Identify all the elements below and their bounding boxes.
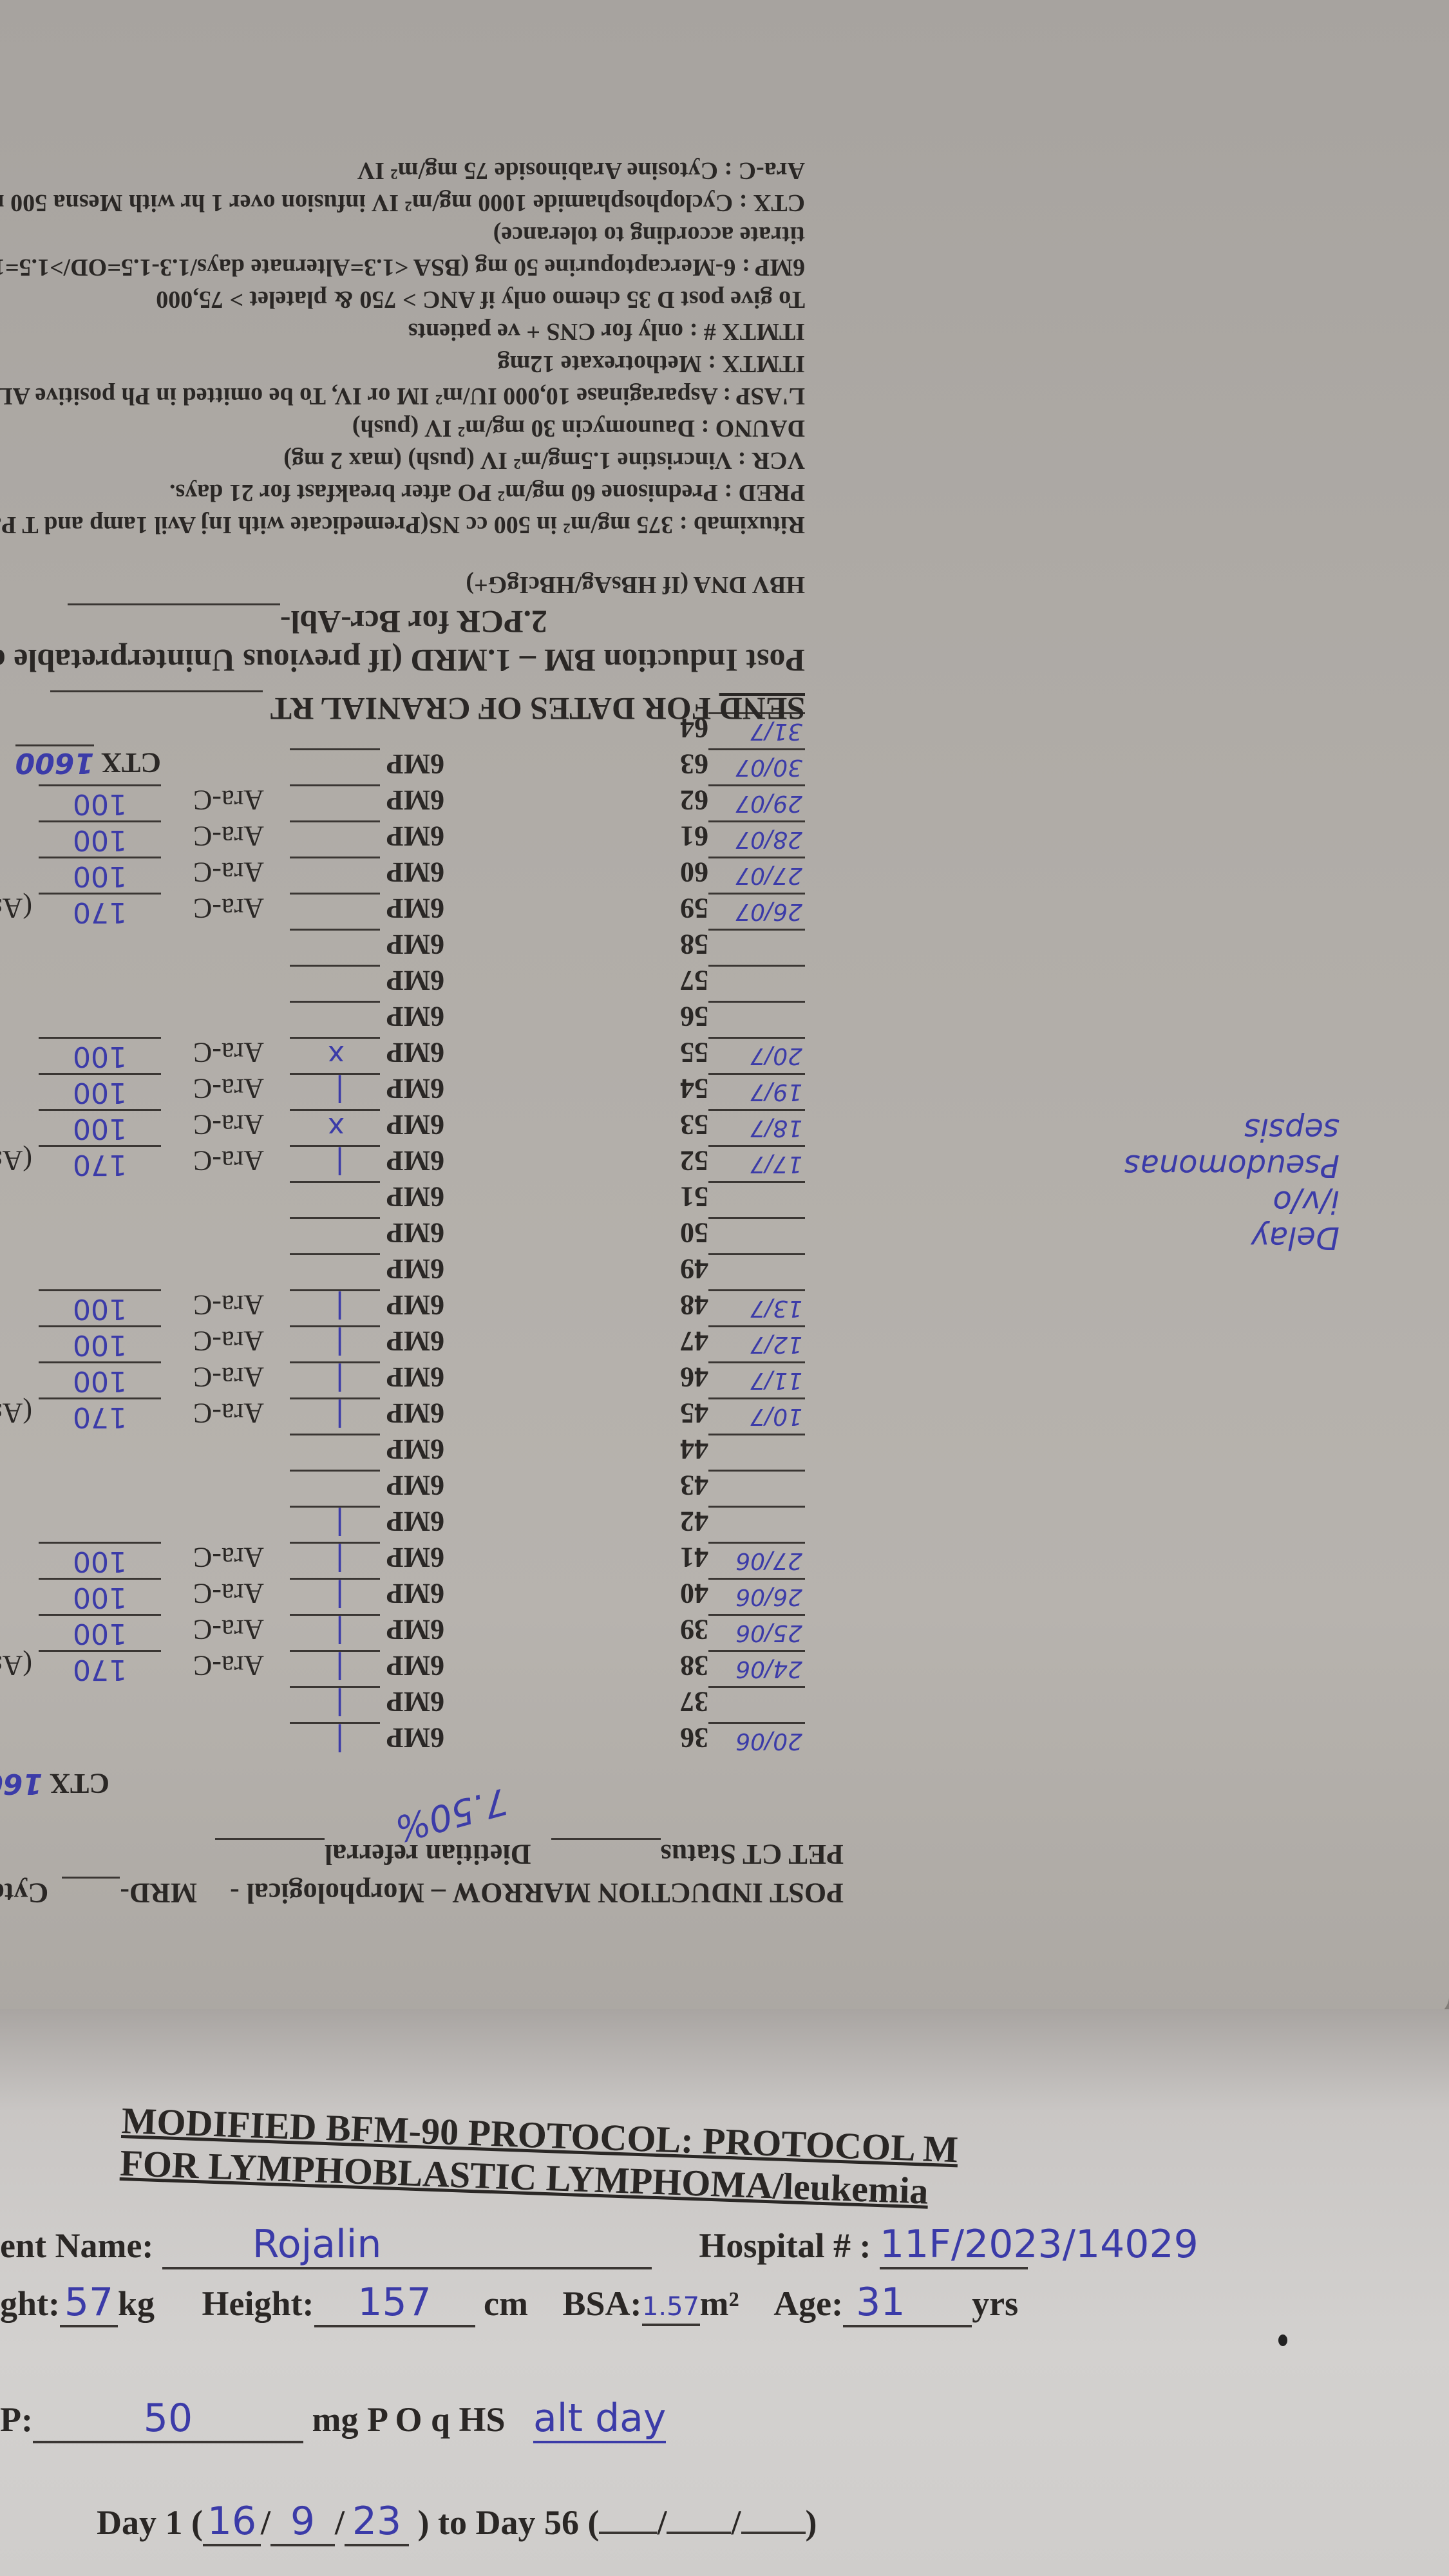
date-cell[interactable] xyxy=(708,1253,805,1289)
legend-line: ITMTX # : only for CNS + ve patients xyxy=(0,316,805,348)
6mp-check-cell[interactable]: | xyxy=(290,1506,380,1542)
date-cell[interactable] xyxy=(708,929,805,965)
date-cell[interactable] xyxy=(708,1181,805,1217)
ara-c-dose[interactable]: 100 xyxy=(39,1361,161,1397)
ara-c-dose[interactable]: 100 xyxy=(39,1289,161,1325)
6mp-check-cell[interactable]: | xyxy=(290,1578,380,1614)
6mp-check-cell[interactable]: | xyxy=(290,1325,380,1361)
day-number: 62 xyxy=(680,784,708,817)
height-value: 157 xyxy=(357,2280,431,2325)
patient-name-value: Rojalin xyxy=(252,2222,382,2267)
day-number: 61 xyxy=(680,820,708,853)
table-row: 12/7 476MP |Ara-C 100 xyxy=(0,1325,805,1361)
pet-ct-line: PET CT Status Dietitian referral xyxy=(215,1838,844,1871)
6mp-check-cell[interactable]: | xyxy=(290,1361,380,1397)
date-cell[interactable] xyxy=(708,1686,805,1722)
date-value: 12/7 xyxy=(750,1331,802,1358)
6mp-mark: | xyxy=(335,1508,345,1540)
ara-c-label: Ara-C xyxy=(193,1613,264,1646)
bsa-value: 1.57 xyxy=(642,2292,699,2322)
6mp-check-cell[interactable] xyxy=(290,1001,380,1037)
pcr-text: 2.PCR for Bcr-Abl- xyxy=(280,604,547,640)
height-field[interactable]: 157 xyxy=(314,2280,475,2327)
day56-close: ) xyxy=(806,2503,817,2542)
delay-note-line: Delay xyxy=(1124,1220,1340,1256)
day-number: 39 xyxy=(680,1613,708,1646)
age-unit: yrs xyxy=(972,2284,1018,2323)
date-value: 29/07 xyxy=(735,790,802,817)
dietitian-label: Dietitian referral xyxy=(325,1839,531,1870)
age-label: Age: xyxy=(773,2284,843,2323)
legend-line: 6MP : 6-Mercaptopurine 50 mg (BSA <1.3=A… xyxy=(0,251,805,283)
date-value: 30/07 xyxy=(735,754,802,781)
6mp-mark: | xyxy=(335,1147,345,1180)
ara-c-label: Ara-C xyxy=(193,820,264,853)
weight-unit: kg xyxy=(118,2284,155,2323)
day1-yy-field[interactable]: 23 xyxy=(345,2499,409,2546)
patient-name-field[interactable]: Rojalin xyxy=(162,2222,652,2269)
6mp-unit: mg P O q HS xyxy=(312,2400,505,2439)
day-number: 56 xyxy=(680,1000,708,1033)
date-cell[interactable]: 18/7 xyxy=(708,1109,805,1145)
date-cell[interactable]: 27/07 xyxy=(708,857,805,893)
date-value: 26/06 xyxy=(735,1584,802,1610)
bsa-label: BSA: xyxy=(562,2284,641,2323)
day56-mm-field[interactable] xyxy=(667,2532,731,2534)
6mp-label: 6MP xyxy=(386,748,444,781)
delay-note-line: i/v/o xyxy=(1124,1184,1340,1220)
6mp-check-cell[interactable]: | xyxy=(290,1289,380,1325)
date-cell[interactable]: 13/7 xyxy=(708,1289,805,1325)
mrd-label: MRD- xyxy=(120,1877,197,1909)
day-number: 37 xyxy=(680,1685,708,1718)
date-value: 19/7 xyxy=(750,1079,802,1105)
ara-c-label: Ara-C xyxy=(193,1577,264,1610)
day-number: 52 xyxy=(680,1144,708,1177)
6mp-mark: x xyxy=(328,1111,345,1144)
bsa-field[interactable]: 1.57 xyxy=(642,2284,700,2326)
table-row: 10/7 456MP |Ara-C 170(Ask for neuropathy… xyxy=(0,1397,805,1434)
ara-c-dose[interactable]: 100 xyxy=(39,1073,161,1109)
day-number: 59 xyxy=(680,892,708,925)
ara-c-dose[interactable]: 100 xyxy=(39,1325,161,1361)
6mp-check-cell[interactable] xyxy=(290,1434,380,1470)
ara-c-dose[interactable]: 100 xyxy=(39,820,161,857)
delay-note: Delayi/v/oPseudomonassepsis xyxy=(1124,1112,1340,1256)
ara-c-label: Ara-C xyxy=(193,784,264,817)
6mp-check-cell[interactable] xyxy=(290,929,380,965)
table-row: 28/07 616MP Ara-C 100 xyxy=(0,820,805,857)
table-row: 27/07 606MP Ara-C 100 xyxy=(0,857,805,893)
6mp-label: 6MP xyxy=(386,1649,444,1682)
post-induction-marrow-line: POST INDUCTION MARROW – Morphological - … xyxy=(0,1877,844,1909)
date-cell[interactable]: 10/7 xyxy=(708,1397,805,1434)
mrd-blank xyxy=(62,1877,120,1879)
6mp-label: 6MP xyxy=(386,1397,444,1430)
6mp-label: 6MP xyxy=(386,1685,444,1718)
day-number: 60 xyxy=(680,856,708,889)
date-cell[interactable]: 20/7 xyxy=(708,1037,805,1073)
ara-c-dose[interactable]: 100 xyxy=(39,1037,161,1073)
date-cell[interactable]: 28/07 xyxy=(708,820,805,857)
6mp-check-cell[interactable] xyxy=(290,1217,380,1253)
date-cell[interactable] xyxy=(708,965,805,1001)
neuropathy-note: (Ask for neuropathy) xyxy=(0,1649,32,1682)
date-value: 11/7 xyxy=(750,1367,802,1394)
legend-line: Rituximab : 375 mg/m² in 500 cc NS(Preme… xyxy=(0,509,805,541)
6mp-check-cell[interactable] xyxy=(290,1470,380,1506)
ara-c-dose[interactable]: 100 xyxy=(39,1109,161,1145)
ara-c-dose[interactable]: 100 xyxy=(39,857,161,893)
bsa-unit: m² xyxy=(700,2284,739,2323)
date-cell[interactable]: 29/07 xyxy=(708,784,805,820)
hospital-field[interactable]: 11F/2023/14029 xyxy=(880,2222,1028,2269)
6mp-check-cell[interactable] xyxy=(290,965,380,1001)
hbv-dna: HBV DNA (If HBsAg/HBcIgG+) xyxy=(466,571,805,599)
6mp-frequency-note: alt day xyxy=(533,2396,666,2443)
6mp-label: 6MP xyxy=(386,892,444,925)
6mp-label: 6MP xyxy=(386,928,444,961)
ara-c-label: Ara-C xyxy=(193,1649,264,1682)
6mp-label: 6MP xyxy=(386,1253,444,1285)
send-label: SEND xyxy=(719,691,805,727)
date-value: 20/7 xyxy=(750,1043,802,1069)
legend-line: DAUNO : Daunomycin 30 mg/m² IV (push) xyxy=(0,412,805,444)
day-range-row: Day 1 (16/9/23 ) to Day 56 (//) xyxy=(97,2499,817,2546)
legend-line: VCR : Vincristine 1.5mg/m² IV (push) (ma… xyxy=(0,444,805,477)
6mp-label: 6MP xyxy=(386,856,444,889)
pet-ct-label: PET CT Status xyxy=(661,1839,844,1870)
6mp-check-cell[interactable] xyxy=(290,857,380,893)
table-row: 426MP | xyxy=(0,1506,805,1542)
6mp-check-cell[interactable] xyxy=(290,893,380,929)
6mp-check-cell[interactable] xyxy=(290,784,380,820)
cytogenetic-label: Cytogenetic- xyxy=(0,1877,48,1909)
day1-label: Day 1 ( xyxy=(97,2503,203,2542)
day-number: 38 xyxy=(680,1649,708,1682)
ara-c-dose[interactable]: 170 xyxy=(39,893,161,929)
legend-line: ITMTX : Methotrexate 12mg xyxy=(0,348,805,380)
day-number: 48 xyxy=(680,1289,708,1321)
day-number: 57 xyxy=(680,964,708,997)
age-field[interactable]: 31 xyxy=(843,2280,972,2327)
table-row: 13/7 486MP |Ara-C 100 xyxy=(0,1289,805,1325)
table-row: 24/06 386MP |Ara-C 170(Ask for neuropath… xyxy=(0,1650,805,1686)
date-cell[interactable]: 20/06 xyxy=(708,1722,805,1758)
date-value: 27/07 xyxy=(735,862,802,889)
date-cell[interactable]: 11/7 xyxy=(708,1361,805,1397)
ctx-label: CTX xyxy=(50,1768,109,1799)
patient-name-row: ent Name: Rojalin Hospital # : 11F/2023/… xyxy=(0,2222,1028,2269)
day-schedule: 20/06 366MP | 376MP |24/06 386MP |Ara-C … xyxy=(0,712,805,1758)
6mp-mark: | xyxy=(335,1688,345,1721)
neuropathy-note: (Ask for neuropathy) xyxy=(0,1397,32,1430)
legend-line: PRED : Prednisone 60 mg/m² PO after brea… xyxy=(0,477,805,509)
date-cell[interactable]: 24/06 xyxy=(708,1650,805,1686)
day1-yy: 23 xyxy=(352,2499,401,2544)
neuropathy-note: (Ask for neuropathy) xyxy=(0,892,32,925)
vitals-row: ght:57kg Height:157 cm BSA:1.57m² Age:31… xyxy=(0,2280,1018,2327)
day56-label: ) to Day 56 ( xyxy=(418,2503,600,2542)
6mp-mark: x xyxy=(328,1039,345,1072)
date-value: 10/7 xyxy=(750,1403,802,1430)
table-row: 18/7 536MP xAra-C 100 xyxy=(0,1109,805,1145)
6mp-mark: | xyxy=(335,1616,345,1649)
date-cell[interactable]: 19/7 xyxy=(708,1073,805,1109)
table-row: 376MP | xyxy=(0,1686,805,1722)
table-row: 20/7 556MP xAra-C 100 xyxy=(0,1037,805,1073)
day-number: 45 xyxy=(680,1397,708,1430)
6mp-label: P: xyxy=(0,2400,33,2439)
day1-mm-field[interactable]: 9 xyxy=(270,2499,335,2546)
6mp-label: 6MP xyxy=(386,1180,444,1213)
ara-c-dose[interactable]: 170 xyxy=(39,1145,161,1181)
day-number: 49 xyxy=(680,1253,708,1285)
pet-ct-blank xyxy=(551,1838,661,1840)
table-row: 27/06 416MP |Ara-C 100 xyxy=(0,1542,805,1578)
date-cell[interactable]: 25/06 xyxy=(708,1614,805,1650)
6mp-label: 6MP xyxy=(386,1577,444,1610)
6mp-label: 6MP xyxy=(386,1433,444,1466)
legend-line: Ara-C : Cytosine Arabinoside 75 mg/m² IV xyxy=(0,155,805,187)
table-row: 29/07 626MP Ara-C 100 xyxy=(0,784,805,820)
6mp-label: 6MP xyxy=(386,1036,444,1069)
height-unit: cm xyxy=(484,2284,528,2323)
6mp-mark: | xyxy=(335,1327,345,1360)
day-number: 36 xyxy=(680,1721,708,1754)
6mp-label: 6MP xyxy=(386,784,444,817)
6mp-label: 6MP xyxy=(386,820,444,853)
day56-dd-field[interactable] xyxy=(599,2532,657,2534)
day56-yy-field[interactable] xyxy=(741,2532,806,2534)
6mp-mark: | xyxy=(335,1580,345,1613)
ctx-value: 160 xyxy=(0,1767,43,1800)
date-value: 20/06 xyxy=(735,1728,802,1754)
6mp-mark: | xyxy=(335,1652,345,1685)
ara-c-label: Ara-C xyxy=(193,856,264,889)
date-cell[interactable] xyxy=(708,1470,805,1506)
day-number: 44 xyxy=(680,1433,708,1466)
day-number: 54 xyxy=(680,1072,708,1105)
table-row: 11/7 466MP |Ara-C 100 xyxy=(0,1361,805,1397)
day1-dd-field[interactable]: 16 xyxy=(203,2499,261,2546)
6mp-check-cell[interactable]: | xyxy=(290,1073,380,1109)
protocol-title: MODIFIED BFM-90 PROTOCOL: PROTOCOL M FOR… xyxy=(119,2099,958,2213)
pcr-blank xyxy=(68,603,280,605)
day1-mm: 9 xyxy=(290,2499,315,2544)
6mp-label: 6MP xyxy=(386,1072,444,1105)
send-cranial-rt: SEND FOR DATES OF CRANIAL RT xyxy=(50,690,805,728)
6mp-label: 6MP xyxy=(386,1108,444,1141)
6mp-label: 6MP xyxy=(386,1217,444,1249)
day1-dd: 16 xyxy=(207,2499,256,2544)
day-number: 47 xyxy=(680,1325,708,1358)
date-cell[interactable] xyxy=(708,1506,805,1542)
6mp-check-cell[interactable]: | xyxy=(290,1145,380,1181)
legend-line: To give post D 35 chemo only if ANC > 75… xyxy=(0,283,805,316)
hospital-value: 11F/2023/14029 xyxy=(880,2222,1198,2267)
date-cell[interactable] xyxy=(708,1434,805,1470)
6mp-check-cell[interactable] xyxy=(290,1181,380,1217)
weight-field[interactable]: 57 xyxy=(60,2280,118,2327)
drug-legend: Rituximab : 375 mg/m² in 500 cc NS(Preme… xyxy=(0,155,805,541)
table-row: 20/06 366MP | xyxy=(0,1722,805,1758)
6mp-check-cell[interactable]: x xyxy=(290,1109,380,1145)
table-row: 26/07 596MP Ara-C 170(Ask for neuropathy… xyxy=(0,893,805,929)
date-cell[interactable]: 27/06 xyxy=(708,1542,805,1578)
6mp-dose-field[interactable]: 50 xyxy=(33,2396,303,2443)
6mp-check-cell[interactable]: | xyxy=(290,1686,380,1722)
table-row: 576MP xyxy=(0,965,805,1001)
table-row: 436MP xyxy=(0,1470,805,1506)
ara-c-label: Ara-C xyxy=(193,1541,264,1574)
patient-name-label: ent Name: xyxy=(0,2226,153,2265)
flipped-content: POST INDUCTION MARROW – Morphological - … xyxy=(0,0,1449,2016)
6mp-label: 6MP xyxy=(386,1144,444,1177)
6mp-label: 6MP xyxy=(386,1289,444,1321)
6mp-dose-row: P:50 mg P O q HS alt day xyxy=(0,2396,666,2443)
table-row: 19/7 546MP |Ara-C 100 xyxy=(0,1073,805,1109)
date-value: 13/7 xyxy=(750,1295,802,1321)
legend-line: titrate according to tolerance) xyxy=(0,219,805,251)
table-row: 506MP xyxy=(0,1217,805,1253)
6mp-mark: | xyxy=(335,1291,345,1324)
day-number: 42 xyxy=(680,1505,708,1538)
ara-c-dose[interactable]: 170 xyxy=(39,1397,161,1434)
post-induction-bm: Post Induction BM – 1.MRD (If previous U… xyxy=(0,642,805,679)
day-number: 41 xyxy=(680,1541,708,1574)
rt-blank xyxy=(50,690,263,692)
age-value: 31 xyxy=(856,2280,905,2325)
ctx-dose-bottom: CTX 1600 xyxy=(15,746,161,779)
table-row: 566MP xyxy=(0,1001,805,1037)
date-value: 24/06 xyxy=(735,1656,802,1682)
table-row: 516MP xyxy=(0,1181,805,1217)
6mp-label: 6MP xyxy=(386,1361,444,1394)
dietitian-blank xyxy=(215,1838,325,1840)
weight-value: 57 xyxy=(64,2280,113,2325)
ara-c-dose[interactable]: 100 xyxy=(39,1542,161,1578)
neuropathy-note: (Ask for neuropathy) xyxy=(0,1144,32,1177)
day-number: 51 xyxy=(680,1180,708,1213)
date-cell[interactable]: 30/07 xyxy=(708,748,805,784)
table-row: 17/7 526MP |Ara-C 170(Ask for neuropathy… xyxy=(0,1145,805,1181)
send-rest: FOR DATES OF CRANIAL RT xyxy=(271,691,719,727)
6mp-check-cell[interactable]: | xyxy=(290,1542,380,1578)
6mp-mark: | xyxy=(335,1363,345,1396)
weight-label: ght: xyxy=(0,2284,60,2323)
hospital-label: Hospital # : xyxy=(699,2226,871,2265)
table-row: 26/06 406MP |Ara-C 100 xyxy=(0,1578,805,1614)
ara-c-label: Ara-C xyxy=(193,1036,264,1069)
6mp-mark: | xyxy=(335,1724,345,1757)
date-cell[interactable]: 26/06 xyxy=(708,1578,805,1614)
6mp-check-cell[interactable]: | xyxy=(290,1722,380,1758)
day-number: 63 xyxy=(680,748,708,781)
delay-note-line: Pseudomonas xyxy=(1124,1148,1340,1184)
date-cell[interactable]: 26/07 xyxy=(708,893,805,929)
ctx-dose-top: CTX 160 xyxy=(0,1767,109,1800)
date-value: 26/07 xyxy=(735,898,802,925)
post-induction-bm-text: Post Induction BM – 1.MRD (If previous U… xyxy=(0,643,805,679)
table-row: 25/06 396MP |Ara-C 100 xyxy=(0,1614,805,1650)
6mp-label: 6MP xyxy=(386,1469,444,1502)
6mp-mark: | xyxy=(335,1544,345,1577)
ara-c-label: Ara-C xyxy=(193,1397,264,1430)
date-value: 25/06 xyxy=(735,1620,802,1646)
day-number: 43 xyxy=(680,1469,708,1502)
6mp-label: 6MP xyxy=(386,1000,444,1033)
6mp-label: 6MP xyxy=(386,1721,444,1754)
ara-c-label: Ara-C xyxy=(193,1361,264,1394)
legend-line: CTX : Cyclophosphamide 1000 mg/m² IV inf… xyxy=(0,187,805,219)
date-value: 17/7 xyxy=(750,1151,802,1177)
pcr-bcr-abl: 2.PCR for Bcr-Abl- xyxy=(68,603,547,641)
6mp-label: 6MP xyxy=(386,1541,444,1574)
ara-c-label: Ara-C xyxy=(193,1108,264,1141)
day-number: 46 xyxy=(680,1361,708,1394)
6mp-check-cell[interactable] xyxy=(290,748,380,784)
6mp-check-cell[interactable]: | xyxy=(290,1650,380,1686)
6mp-mark: | xyxy=(335,1075,345,1108)
date-cell[interactable] xyxy=(708,1001,805,1037)
ara-c-label: Ara-C xyxy=(193,1144,264,1177)
day-number: 40 xyxy=(680,1577,708,1610)
day-number: 55 xyxy=(680,1036,708,1069)
ara-c-label: Ara-C xyxy=(193,1325,264,1358)
6mp-label: 6MP xyxy=(386,1325,444,1358)
ctx-label: CTX xyxy=(101,747,161,779)
6mp-check-cell[interactable] xyxy=(290,820,380,857)
6mp-check-cell[interactable]: | xyxy=(290,1614,380,1650)
date-cell[interactable] xyxy=(708,1217,805,1253)
table-row: 496MP xyxy=(0,1253,805,1289)
6mp-dose-value: 50 xyxy=(144,2396,193,2441)
day-number: 53 xyxy=(680,1108,708,1141)
table-row: 446MP xyxy=(0,1434,805,1470)
ara-c-dose[interactable]: 100 xyxy=(39,1614,161,1650)
ara-c-label: Ara-C xyxy=(193,1289,264,1321)
table-row: 586MP xyxy=(0,929,805,965)
ara-c-label: Ara-C xyxy=(193,892,264,925)
day-number: 58 xyxy=(680,928,708,961)
date-value: 27/06 xyxy=(735,1548,802,1574)
marrow-label: POST INDUCTION MARROW – Morphological - xyxy=(230,1877,844,1909)
ara-c-label: Ara-C xyxy=(193,1072,264,1105)
date-cell[interactable]: 12/7 xyxy=(708,1325,805,1361)
6mp-check-cell[interactable] xyxy=(290,1253,380,1289)
height-label: Height: xyxy=(202,2284,314,2323)
date-value: 18/7 xyxy=(750,1115,802,1141)
6mp-label: 6MP xyxy=(386,1613,444,1646)
ara-c-dose[interactable]: 100 xyxy=(39,1578,161,1614)
legend-line: L'ASP : Asparaginase 10,000 IU/m² IM or … xyxy=(0,380,805,412)
6mp-label: 6MP xyxy=(386,964,444,997)
ara-c-dose[interactable]: 100 xyxy=(39,784,161,820)
ara-c-dose[interactable]: 170 xyxy=(39,1650,161,1686)
date-cell[interactable]: 17/7 xyxy=(708,1145,805,1181)
bottom-sheet: MODIFIED BFM-90 PROTOCOL: PROTOCOL M FOR… xyxy=(0,2009,1449,2576)
date-value: 28/07 xyxy=(735,826,802,853)
6mp-check-cell[interactable]: x xyxy=(290,1037,380,1073)
ctx-value: 1600 xyxy=(15,744,94,779)
delay-note-line: sepsis xyxy=(1124,1112,1340,1148)
ink-dot xyxy=(1278,2334,1287,2346)
day-number: 50 xyxy=(680,1217,708,1249)
6mp-label: 6MP xyxy=(386,1505,444,1538)
top-sheet-upside-down: POST INDUCTION MARROW – Morphological - … xyxy=(0,0,1449,2016)
6mp-check-cell[interactable]: | xyxy=(290,1397,380,1434)
